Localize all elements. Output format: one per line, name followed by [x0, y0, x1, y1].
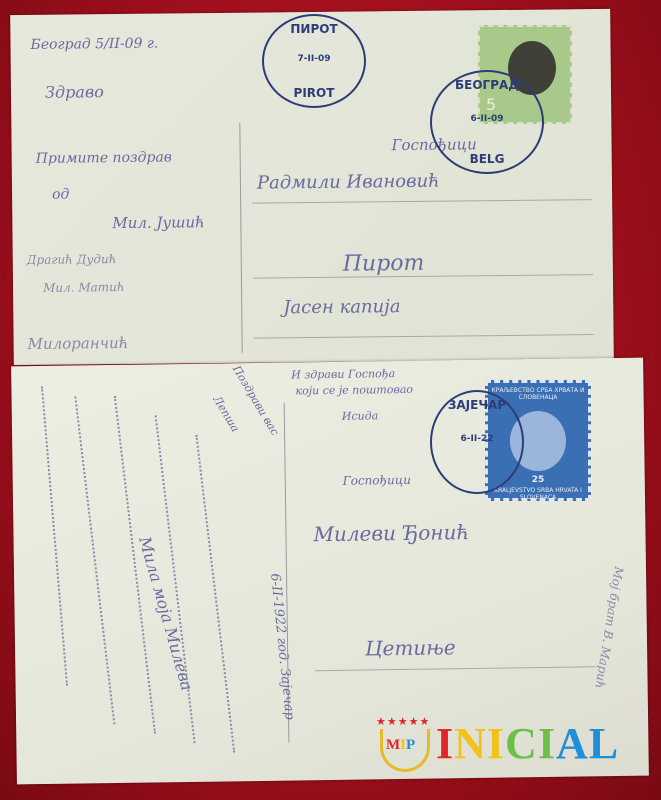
- address-line-text: Пирот: [343, 251, 425, 277]
- message-line: Београд 5/II-09 г.: [30, 36, 158, 53]
- address-line-text: Милеви Ђонић: [313, 520, 469, 546]
- postcard-divider: [239, 123, 242, 353]
- postmark-text: PIROT: [264, 86, 364, 100]
- message-line: Исида: [342, 409, 379, 423]
- postmark-text: БЕОГРАД: [432, 78, 542, 92]
- message-line: Драгић Дудић: [27, 252, 117, 267]
- logo-letter: N: [454, 719, 487, 768]
- message-line: 6-II-1922 год. Зајечар: [267, 573, 297, 721]
- logo-letter: I: [487, 719, 505, 768]
- postmark-zajecar: ЗАЈЕЧАР 6-II-22: [430, 390, 524, 494]
- badge-letter: M: [386, 737, 400, 753]
- postmark-date: 6-II-09: [432, 114, 542, 124]
- logo-letter: I: [538, 719, 556, 768]
- logo-letter: I: [436, 719, 454, 768]
- pencil-note: Мој брат В. Марић: [592, 566, 626, 690]
- message-line: Мил. Јушић: [112, 213, 205, 232]
- address-line-text: Радмили Ивановић: [257, 171, 440, 194]
- logo-letter: L: [589, 719, 619, 768]
- mip-badge: ★★★★★ MIP: [376, 715, 428, 773]
- address-line: [252, 199, 592, 204]
- message-line: Здраво: [45, 82, 104, 102]
- postmark-beograd: БЕОГРАД 6-II-09 BELG: [430, 70, 544, 174]
- logo-letter: A: [556, 719, 589, 768]
- inicial-logo: ★★★★★ MIP INICIAL: [372, 715, 642, 775]
- handwriting-column: [41, 383, 246, 766]
- badge-letter: P: [406, 737, 415, 753]
- stamp-bottom-text: KRALJEVSTVO SRBA HRVATA I SLOVENACA: [488, 487, 588, 501]
- postmark-date: 7-II-09: [264, 54, 364, 64]
- address-line-text: Госпођици: [343, 473, 411, 488]
- address-line-text: Јасен капија: [283, 296, 400, 318]
- postmark-pirot: ПИРОТ 7-II-09 PIROT: [262, 14, 366, 108]
- message-line: Милоранчић: [28, 334, 129, 353]
- message-line: од: [52, 187, 69, 203]
- message-line: Мил. Матић: [43, 280, 125, 295]
- mip-text: MIP: [386, 737, 415, 754]
- postmark-text: ЗАЈЕЧАР: [432, 398, 522, 412]
- inicial-wordmark: INICIAL: [436, 719, 619, 769]
- message-line: Примите поздрав: [36, 149, 172, 166]
- stars-icon: ★★★★★: [376, 715, 428, 728]
- postmark-date: 6-II-22: [432, 434, 522, 444]
- postmark-text: ПИРОТ: [264, 22, 364, 36]
- message-line: који се је поштовао: [295, 383, 413, 398]
- postmark-text: BELG: [432, 152, 542, 166]
- message-line: И здрави Госпођа: [291, 367, 395, 381]
- logo-letter: C: [505, 719, 538, 768]
- address-line-text: Цетиње: [365, 635, 456, 660]
- address-line: [315, 666, 595, 671]
- address-line: [254, 334, 594, 339]
